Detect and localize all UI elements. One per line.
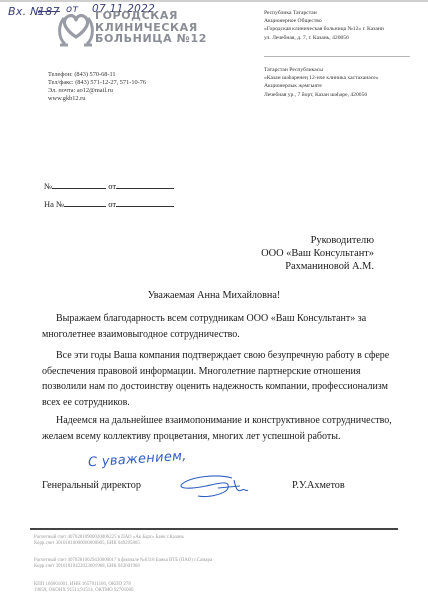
- header-tatar: Татарстан Республикасы «Казан шәһәренең …: [264, 66, 379, 99]
- logo-line-3: БОЛЬНИЦА №12: [95, 33, 207, 45]
- header-russian: Республика Татарстан Акционерное Обществ…: [264, 9, 384, 42]
- reply-date-blank: [116, 198, 174, 207]
- footer-bank-2: Расчетный счет 40702810029430000017 в фи…: [34, 558, 212, 570]
- footer-divider: [30, 528, 398, 530]
- addressee-company: ООО «Ваш Консультант»: [261, 247, 374, 260]
- footer-requisites: КПП 166001001, ИНН 1657011160, ОКПО 278 …: [34, 582, 133, 594]
- addressee-name: Рахманиновой А.М.: [261, 260, 374, 273]
- heart-omega-logo-icon: [56, 7, 96, 49]
- contact-fax: Тел/факс: (843) 571-12-27, 571-10-76: [48, 79, 146, 87]
- reply-number-blank: [64, 198, 106, 207]
- contact-email: Эл. почта: ao12@mail.ru: [48, 87, 146, 95]
- date-blank: [116, 180, 174, 189]
- greeting: Уважаемая Анна Михайловна!: [0, 290, 428, 301]
- handwritten-closing: С уважением,: [88, 449, 188, 471]
- number-label: №: [44, 181, 52, 191]
- header-tt-line: Татарстан Республикасы: [264, 66, 379, 74]
- contacts-block: Телефон: (843) 570-68-11 Тел/факс: (843)…: [48, 71, 146, 103]
- incoming-stamp-prefix: Вх. №: [8, 5, 42, 18]
- top-border: [0, 0, 428, 2]
- logo-line-1: ГОРОДСКАЯ: [95, 10, 207, 22]
- addressee-block: Руководителю ООО «Ваш Консультант» Рахма…: [261, 234, 374, 273]
- from-label: от: [108, 181, 116, 191]
- addressee-title: Руководителю: [261, 234, 374, 247]
- header-tt-line: Лечебная ур., 7 йорт, Казан шәһәре, 4200…: [264, 91, 379, 99]
- footer-bank-1: Расчетный счет 40702810900020006225 в ПА…: [34, 535, 184, 547]
- footer-line: Корр.счет 30101810422023601968, БИК 0436…: [34, 564, 212, 570]
- reply-number-line: На № от: [44, 198, 174, 209]
- header-tt-line: «Казан шәһәренең 12-нче клиника хастахан…: [264, 74, 379, 82]
- header-ru-line: Акционерное Общество: [264, 17, 384, 25]
- number-blank: [52, 180, 106, 189]
- body-paragraph-2: Все эти годы Ваша компания подтверждает …: [42, 348, 392, 410]
- header-divider: [264, 56, 410, 57]
- contact-phone: Телефон: (843) 570-68-11: [48, 71, 146, 79]
- reply-from-label: от: [108, 199, 116, 209]
- reply-number-label: На №: [44, 199, 64, 209]
- signer-name: Р.У.Ахметов: [292, 480, 345, 491]
- outgoing-number-line: № от: [44, 180, 174, 191]
- footer-line: Корр.счет 30101810000000000805, БИК 0492…: [34, 541, 184, 547]
- logo-wordmark: ГОРОДСКАЯ КЛИНИЧЕСКАЯ БОЛЬНИЦА №12: [95, 10, 207, 45]
- contact-website: www.gkb12.ru: [48, 95, 146, 103]
- signer-position: Генеральный директор: [42, 480, 141, 491]
- header-ru-line: «Городская клиническая больница №12» г. …: [264, 25, 384, 33]
- header-ru-line: Республика Татарстан: [264, 9, 384, 17]
- header-tt-line: Акционерлык җәмгыяте: [264, 82, 379, 90]
- handwritten-signature-icon: [178, 468, 250, 502]
- body-paragraph-3: Надеемся на дальнейшее взаимопонимание и…: [42, 413, 392, 444]
- footer-line: 19059, ОКОНХ 91511,91514, ОКТМО 92701000: [34, 588, 133, 594]
- body-paragraph-1: Выражаем благодарность всем сотрудникам …: [42, 311, 392, 342]
- header-ru-line: ул. Лечебная, д. 7, г. Казань, 420056: [264, 34, 384, 42]
